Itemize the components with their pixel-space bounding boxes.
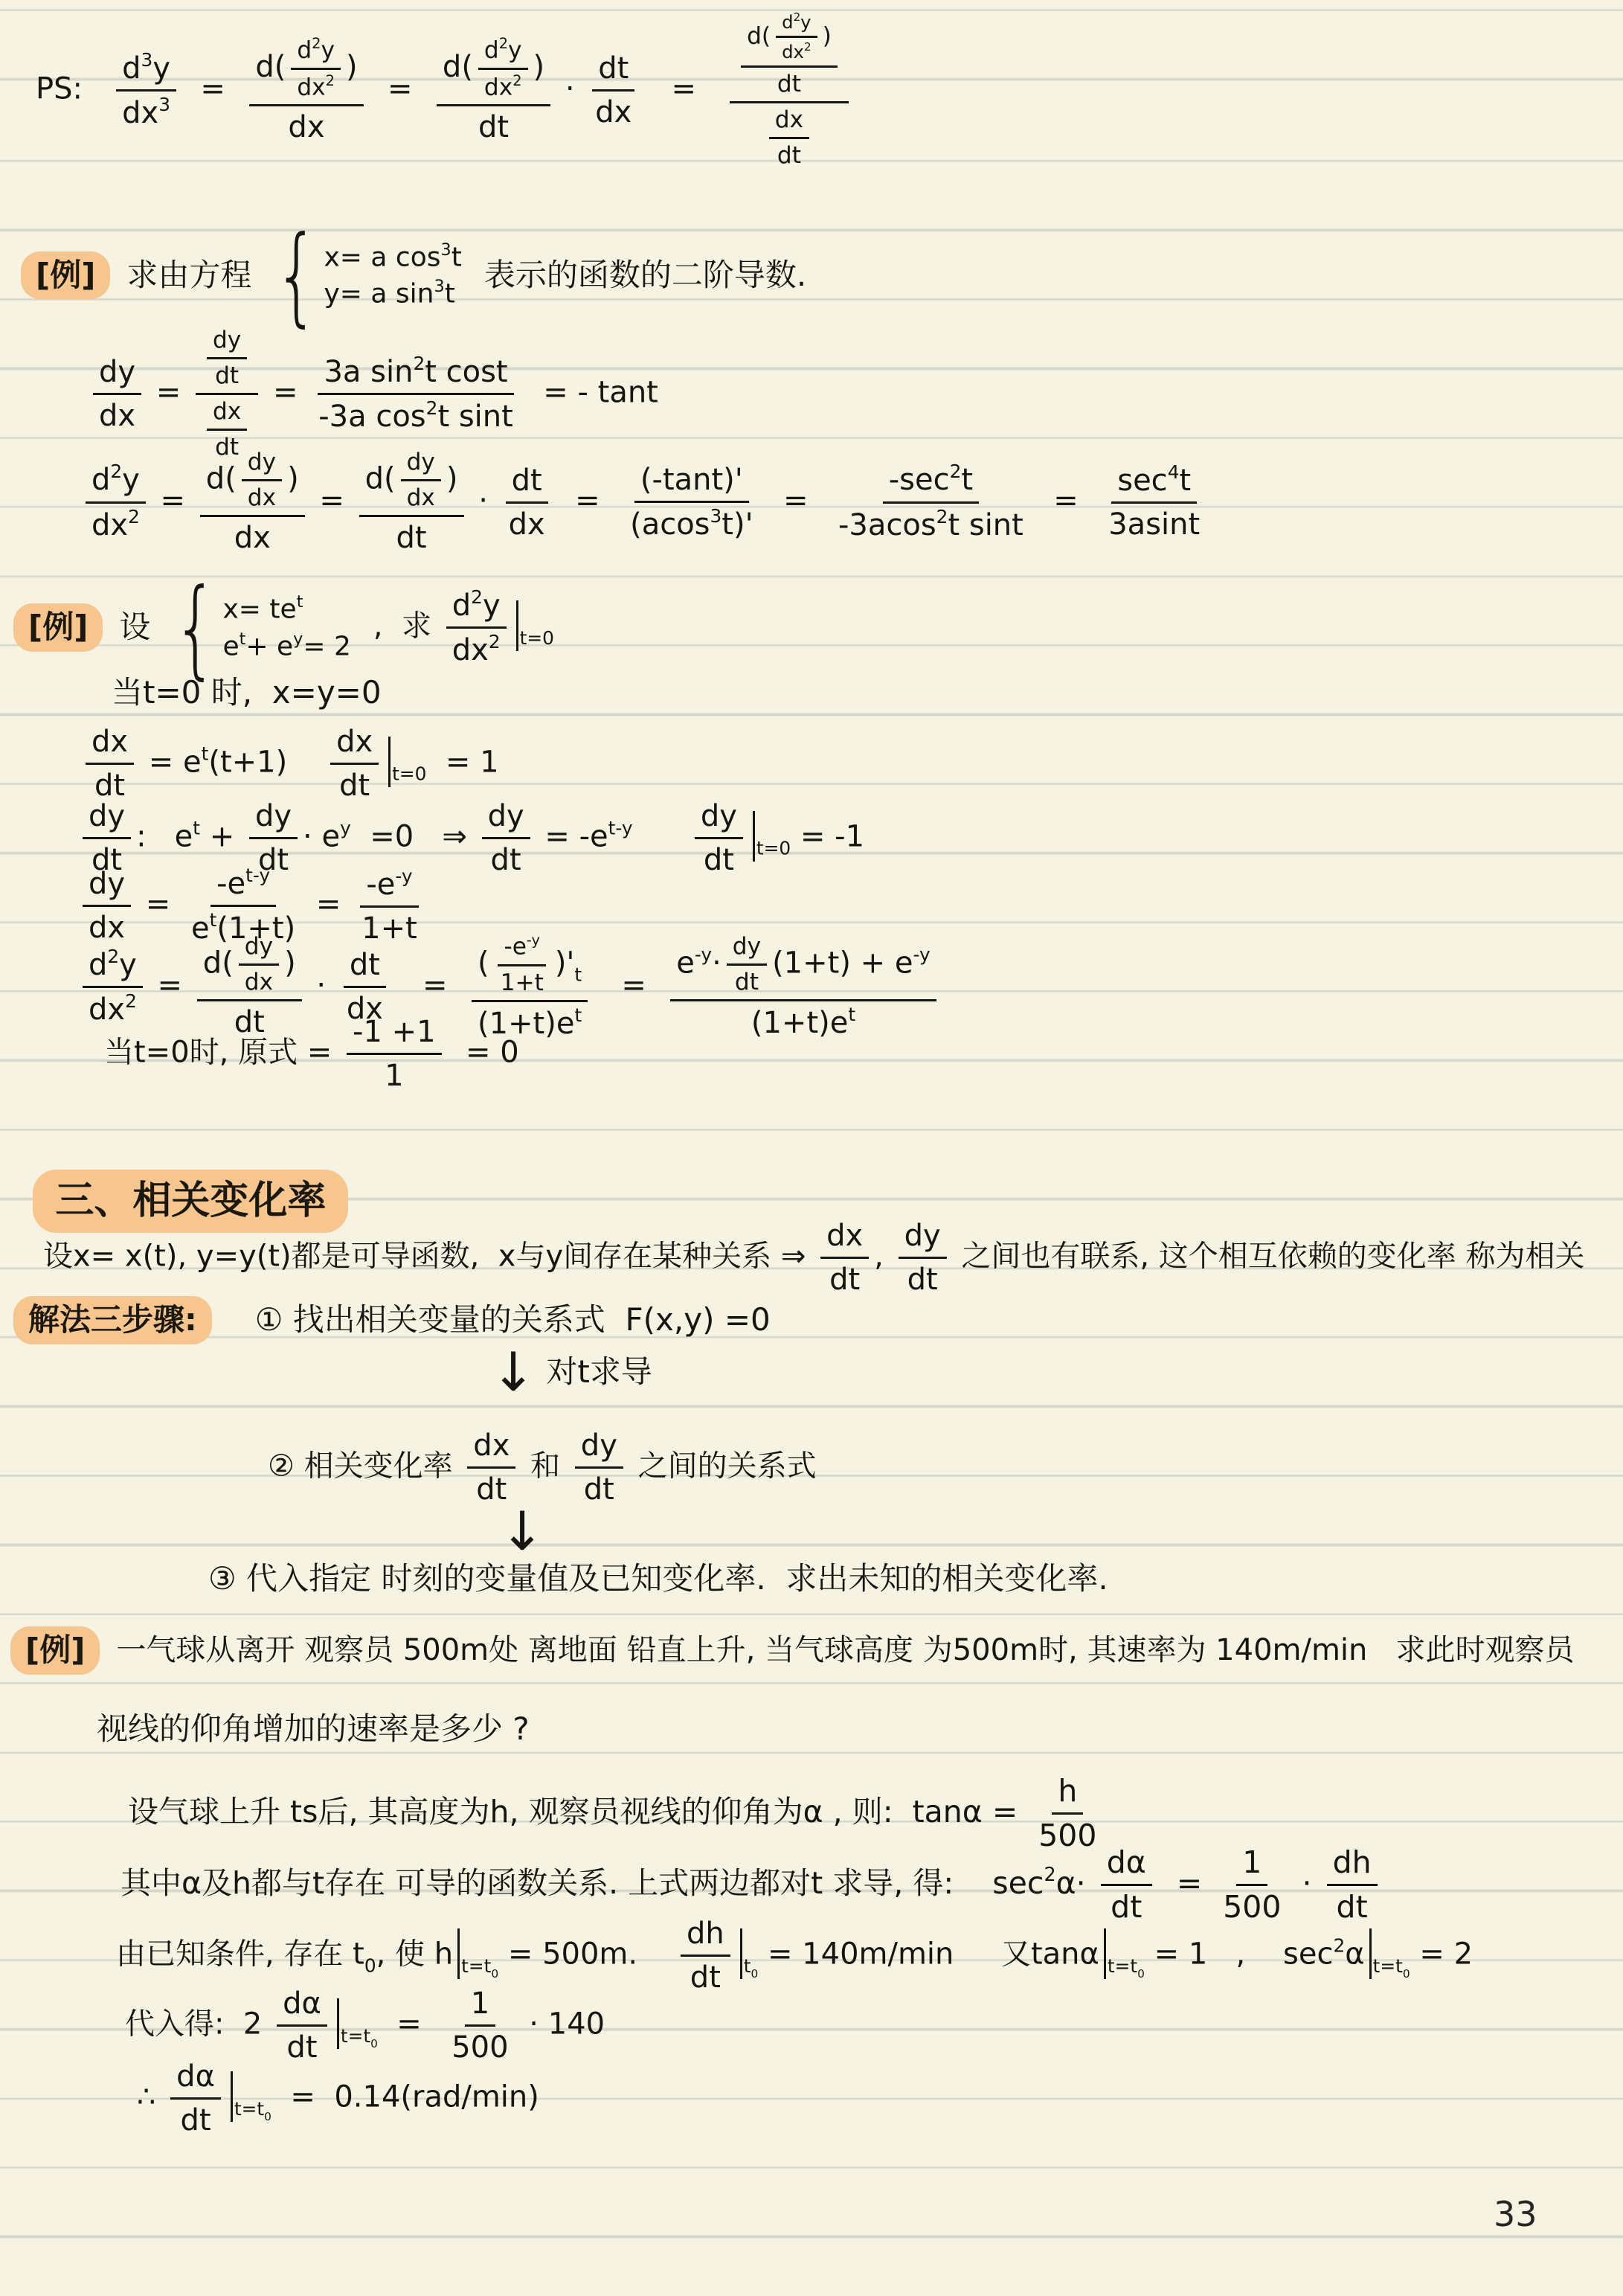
example1-intro: 求由方程 — [126, 256, 251, 295]
example1-first-derivative: dydx = dydtdxdt = 3a sin2t cost-3a cos2t… — [88, 326, 658, 462]
example2-system: { x= tet et+ ey= 2 — [173, 592, 350, 664]
notes-page: PS: d3ydx3 = d(d2ydx2)dx = d(d2ydx2)dt ·… — [0, 0, 1623, 2296]
example2-intro: 设 — [119, 608, 150, 647]
down-arrow-icon: ↓ — [500, 1504, 544, 1558]
method-badge: 解法三步骤: — [13, 1296, 212, 1344]
example1-case2: y= a sin3t — [324, 277, 462, 311]
method-arrow2: ↓ — [500, 1504, 544, 1558]
page-number: 33 — [1494, 2193, 1537, 2236]
example3-problem-line2: 视线的仰角增加的速率是多少 ? — [97, 1710, 530, 1749]
method-arrow1: ↓ 对t求导 — [491, 1345, 652, 1399]
example3-known-values: 由已知条件, 存在 t0, 使 ht=t0 = 500m. dhdtt0 = 1… — [116, 1915, 1473, 1996]
method-step3: ③ 代入指定 时刻的变量值及已知变化率. 求出未知的相关变化率. — [208, 1559, 1108, 1599]
example2-goal: , 求 d2ydx2t=0 — [373, 586, 554, 669]
example3-badge: [例] — [10, 1626, 100, 1675]
example2-header: [例] 设 { x= tet et+ ey= 2 , 求 d2ydx2t=0 — [13, 586, 554, 669]
example2-initial-condition: 当t=0 时, x=y=0 — [112, 673, 382, 713]
example3-header: [例] 一气球从离开 观察员 500m处 离地面 铅直上升, 当气球高度 为50… — [10, 1626, 1575, 1675]
method-arrow1-label: 对t求导 — [546, 1353, 652, 1392]
example1-badge: [例] — [21, 251, 110, 300]
example2-dxdt: dxdt = et(t+1) dxdtt=0 = 1 — [80, 723, 499, 804]
example3-substitute: 代入得: 2 dαdtt=t0 = 1500 · 140 — [125, 1985, 605, 2066]
example1-second-derivative: d2ydx2 = d(dydx)dx = d(dydx)dt · dtdx = … — [80, 448, 1211, 557]
cases-brace: { — [173, 574, 218, 682]
example1-case1: x= a cos3t — [324, 240, 462, 275]
down-arrow-icon: ↓ — [491, 1345, 536, 1399]
example1-header: [例] 求由方程 { x= a cos3t y= a sin3t 表示的函数的二… — [21, 240, 806, 311]
ps-third-derivative-formula: PS: d3ydx3 = d(d2ydx2)dx = d(d2ydx2)dt ·… — [36, 10, 854, 170]
example1-outro: 表示的函数的二阶导数. — [484, 256, 806, 295]
example2-case1: x= tet — [223, 592, 351, 626]
example2-badge: [例] — [13, 603, 103, 652]
cases-brace: { — [274, 222, 319, 329]
example2-result: 当t=0时, 原式 = -1 +11 = 0 — [104, 1013, 519, 1094]
method-steps-header: 解法三步骤: ① 找出相关变量的关系式 F(x,y) =0 — [13, 1296, 771, 1344]
example3-problem-line1: 一气球从离开 观察员 500m处 离地面 铅直上升, 当气球高度 为500m时,… — [116, 1632, 1574, 1669]
example3-differentiate: 其中α及h都与t存在 可导的函数关系. 上式两边都对t 求导, 得: sec2α… — [120, 1844, 1383, 1927]
example3-answer: ∴ dαdtt=t0 = 0.14(rad/min) — [137, 2058, 539, 2139]
method-step1: ① 找出相关变量的关系式 F(x,y) =0 — [255, 1301, 771, 1340]
example3-setup: 设气球上升 ts后, 其高度为h, 观察员视线的仰角为α , 则: tanα =… — [128, 1772, 1108, 1856]
method-step2: ② 相关变化率 dxdt 和 dydt 之间的关系式 — [268, 1427, 817, 1508]
example1-system: { x= a cos3t y= a sin3t — [274, 240, 461, 311]
example2-case2: et+ ey= 2 — [223, 629, 351, 664]
